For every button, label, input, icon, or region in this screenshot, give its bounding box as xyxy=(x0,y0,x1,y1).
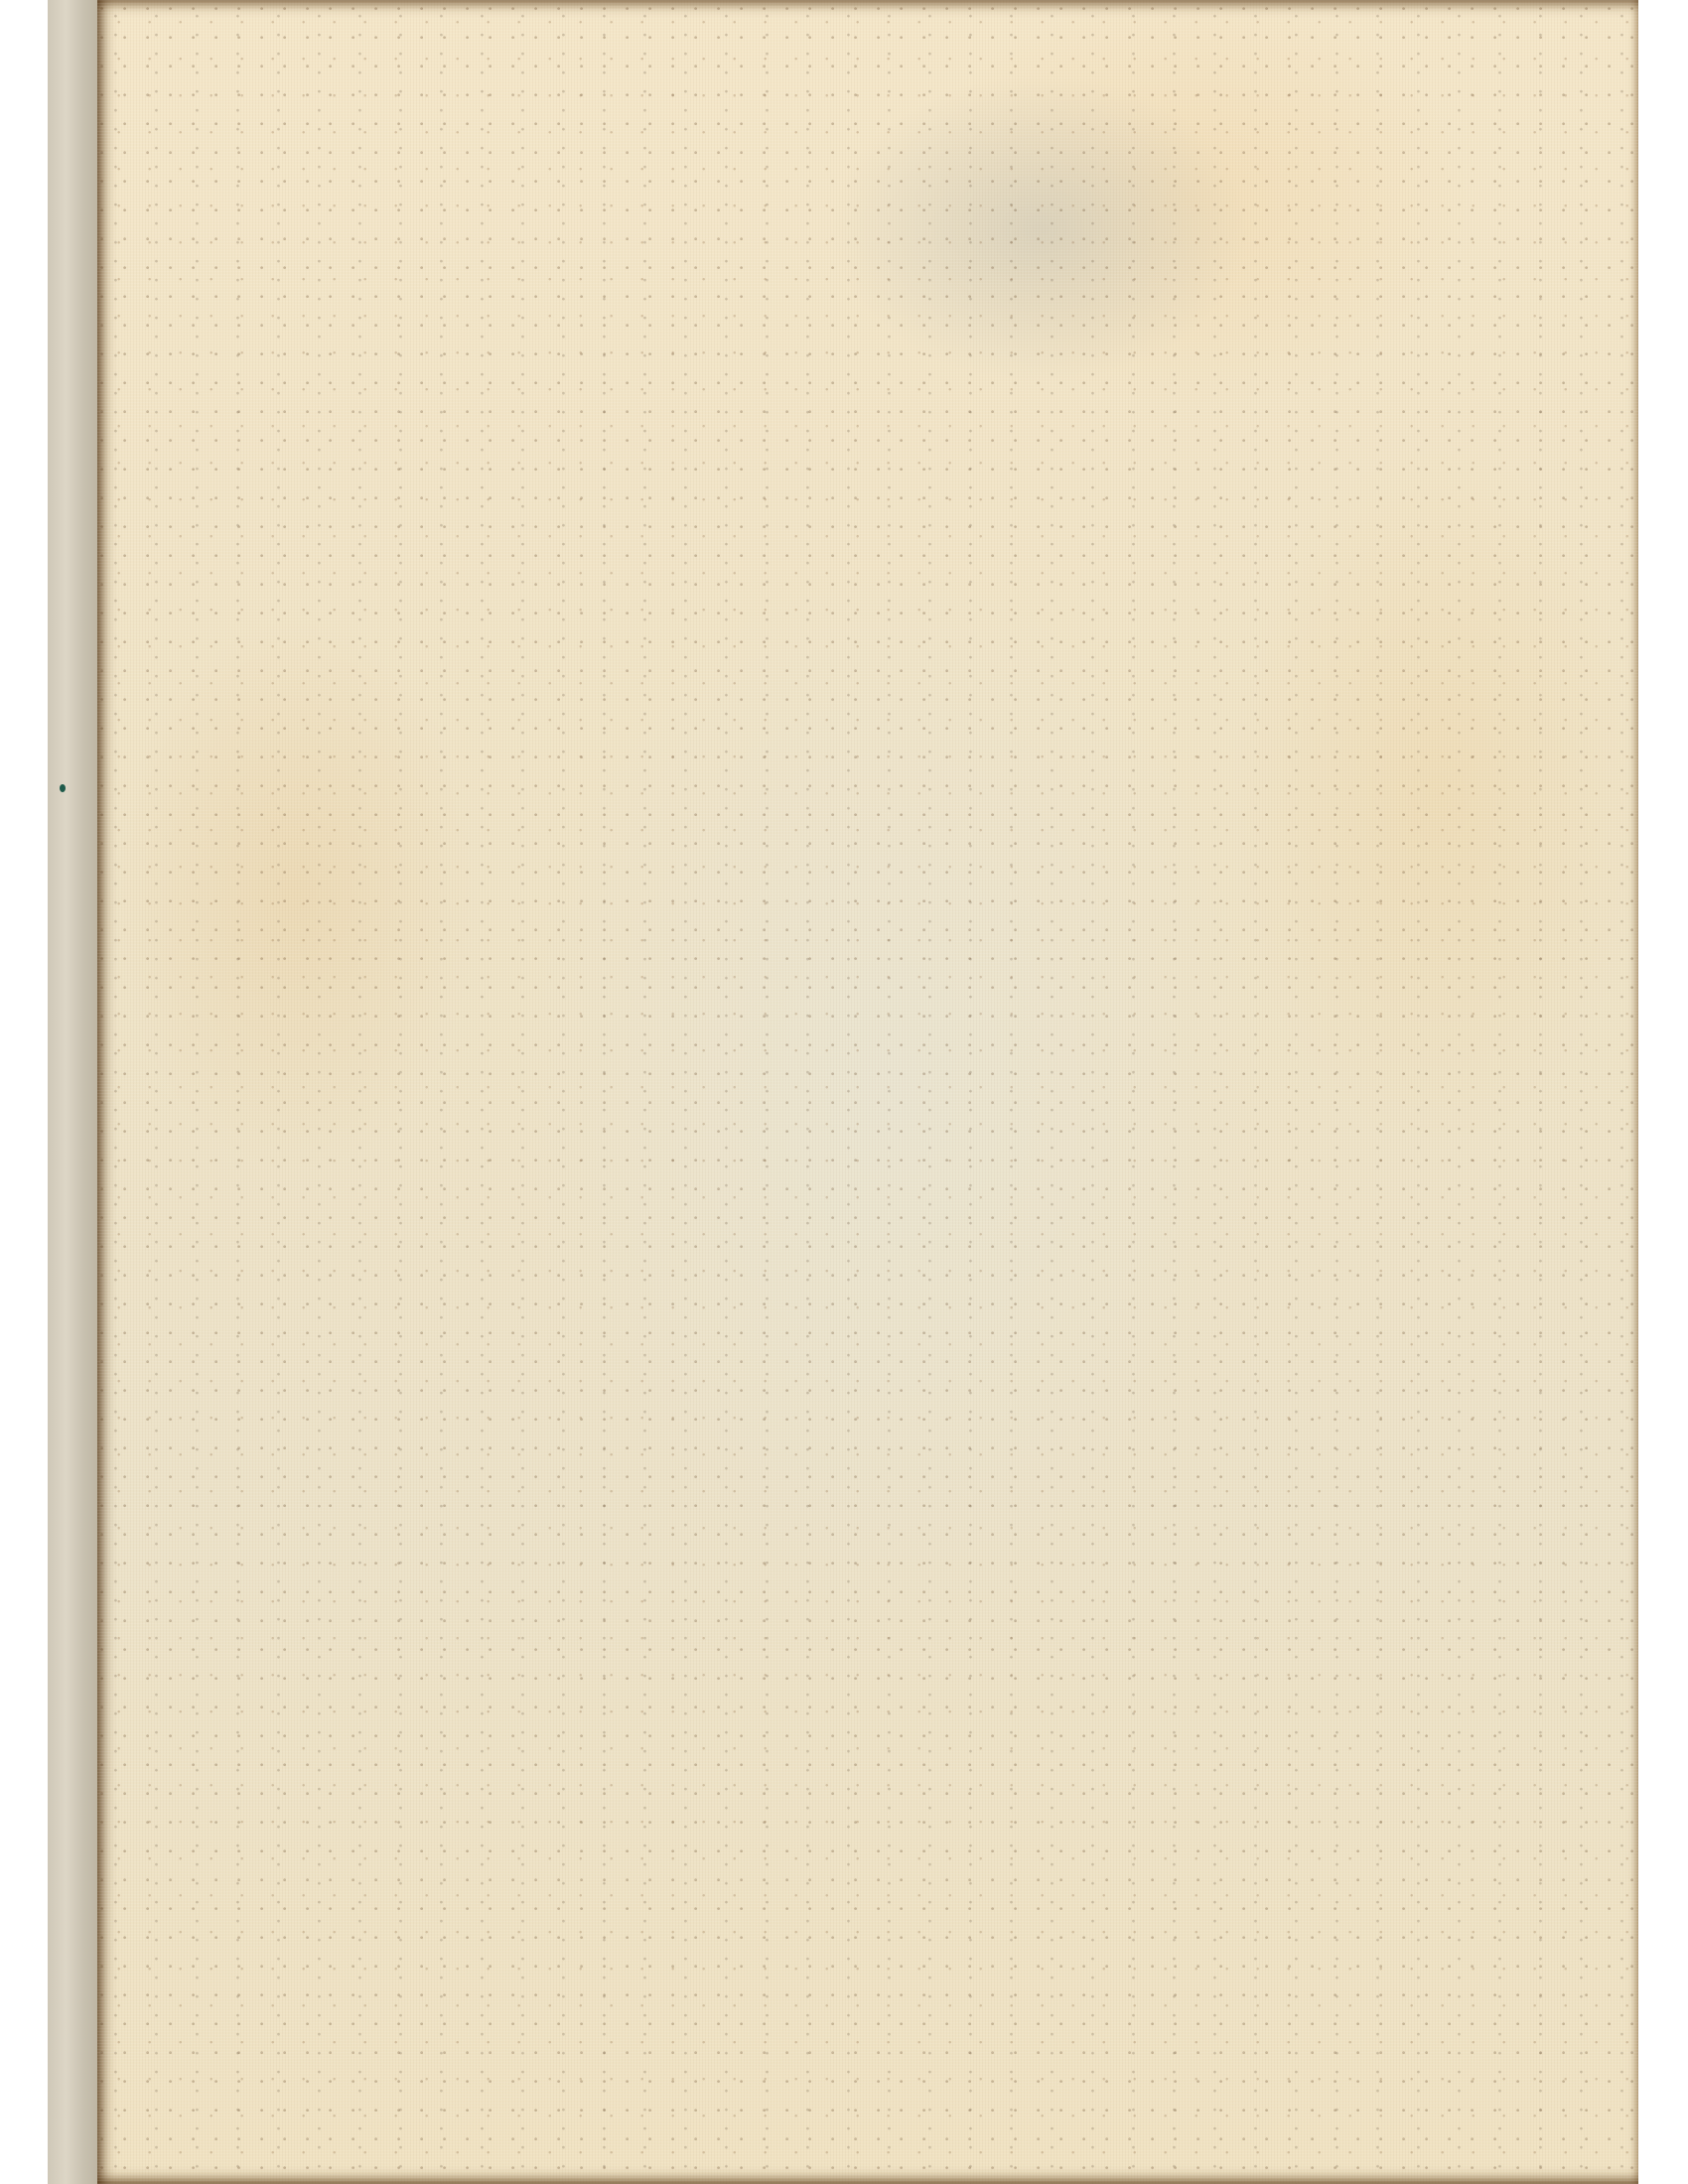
book-spine xyxy=(48,0,99,2184)
book-cover xyxy=(97,0,1638,2184)
cloth-weave-texture xyxy=(97,0,1638,2184)
spine-ink-mark xyxy=(60,784,66,792)
